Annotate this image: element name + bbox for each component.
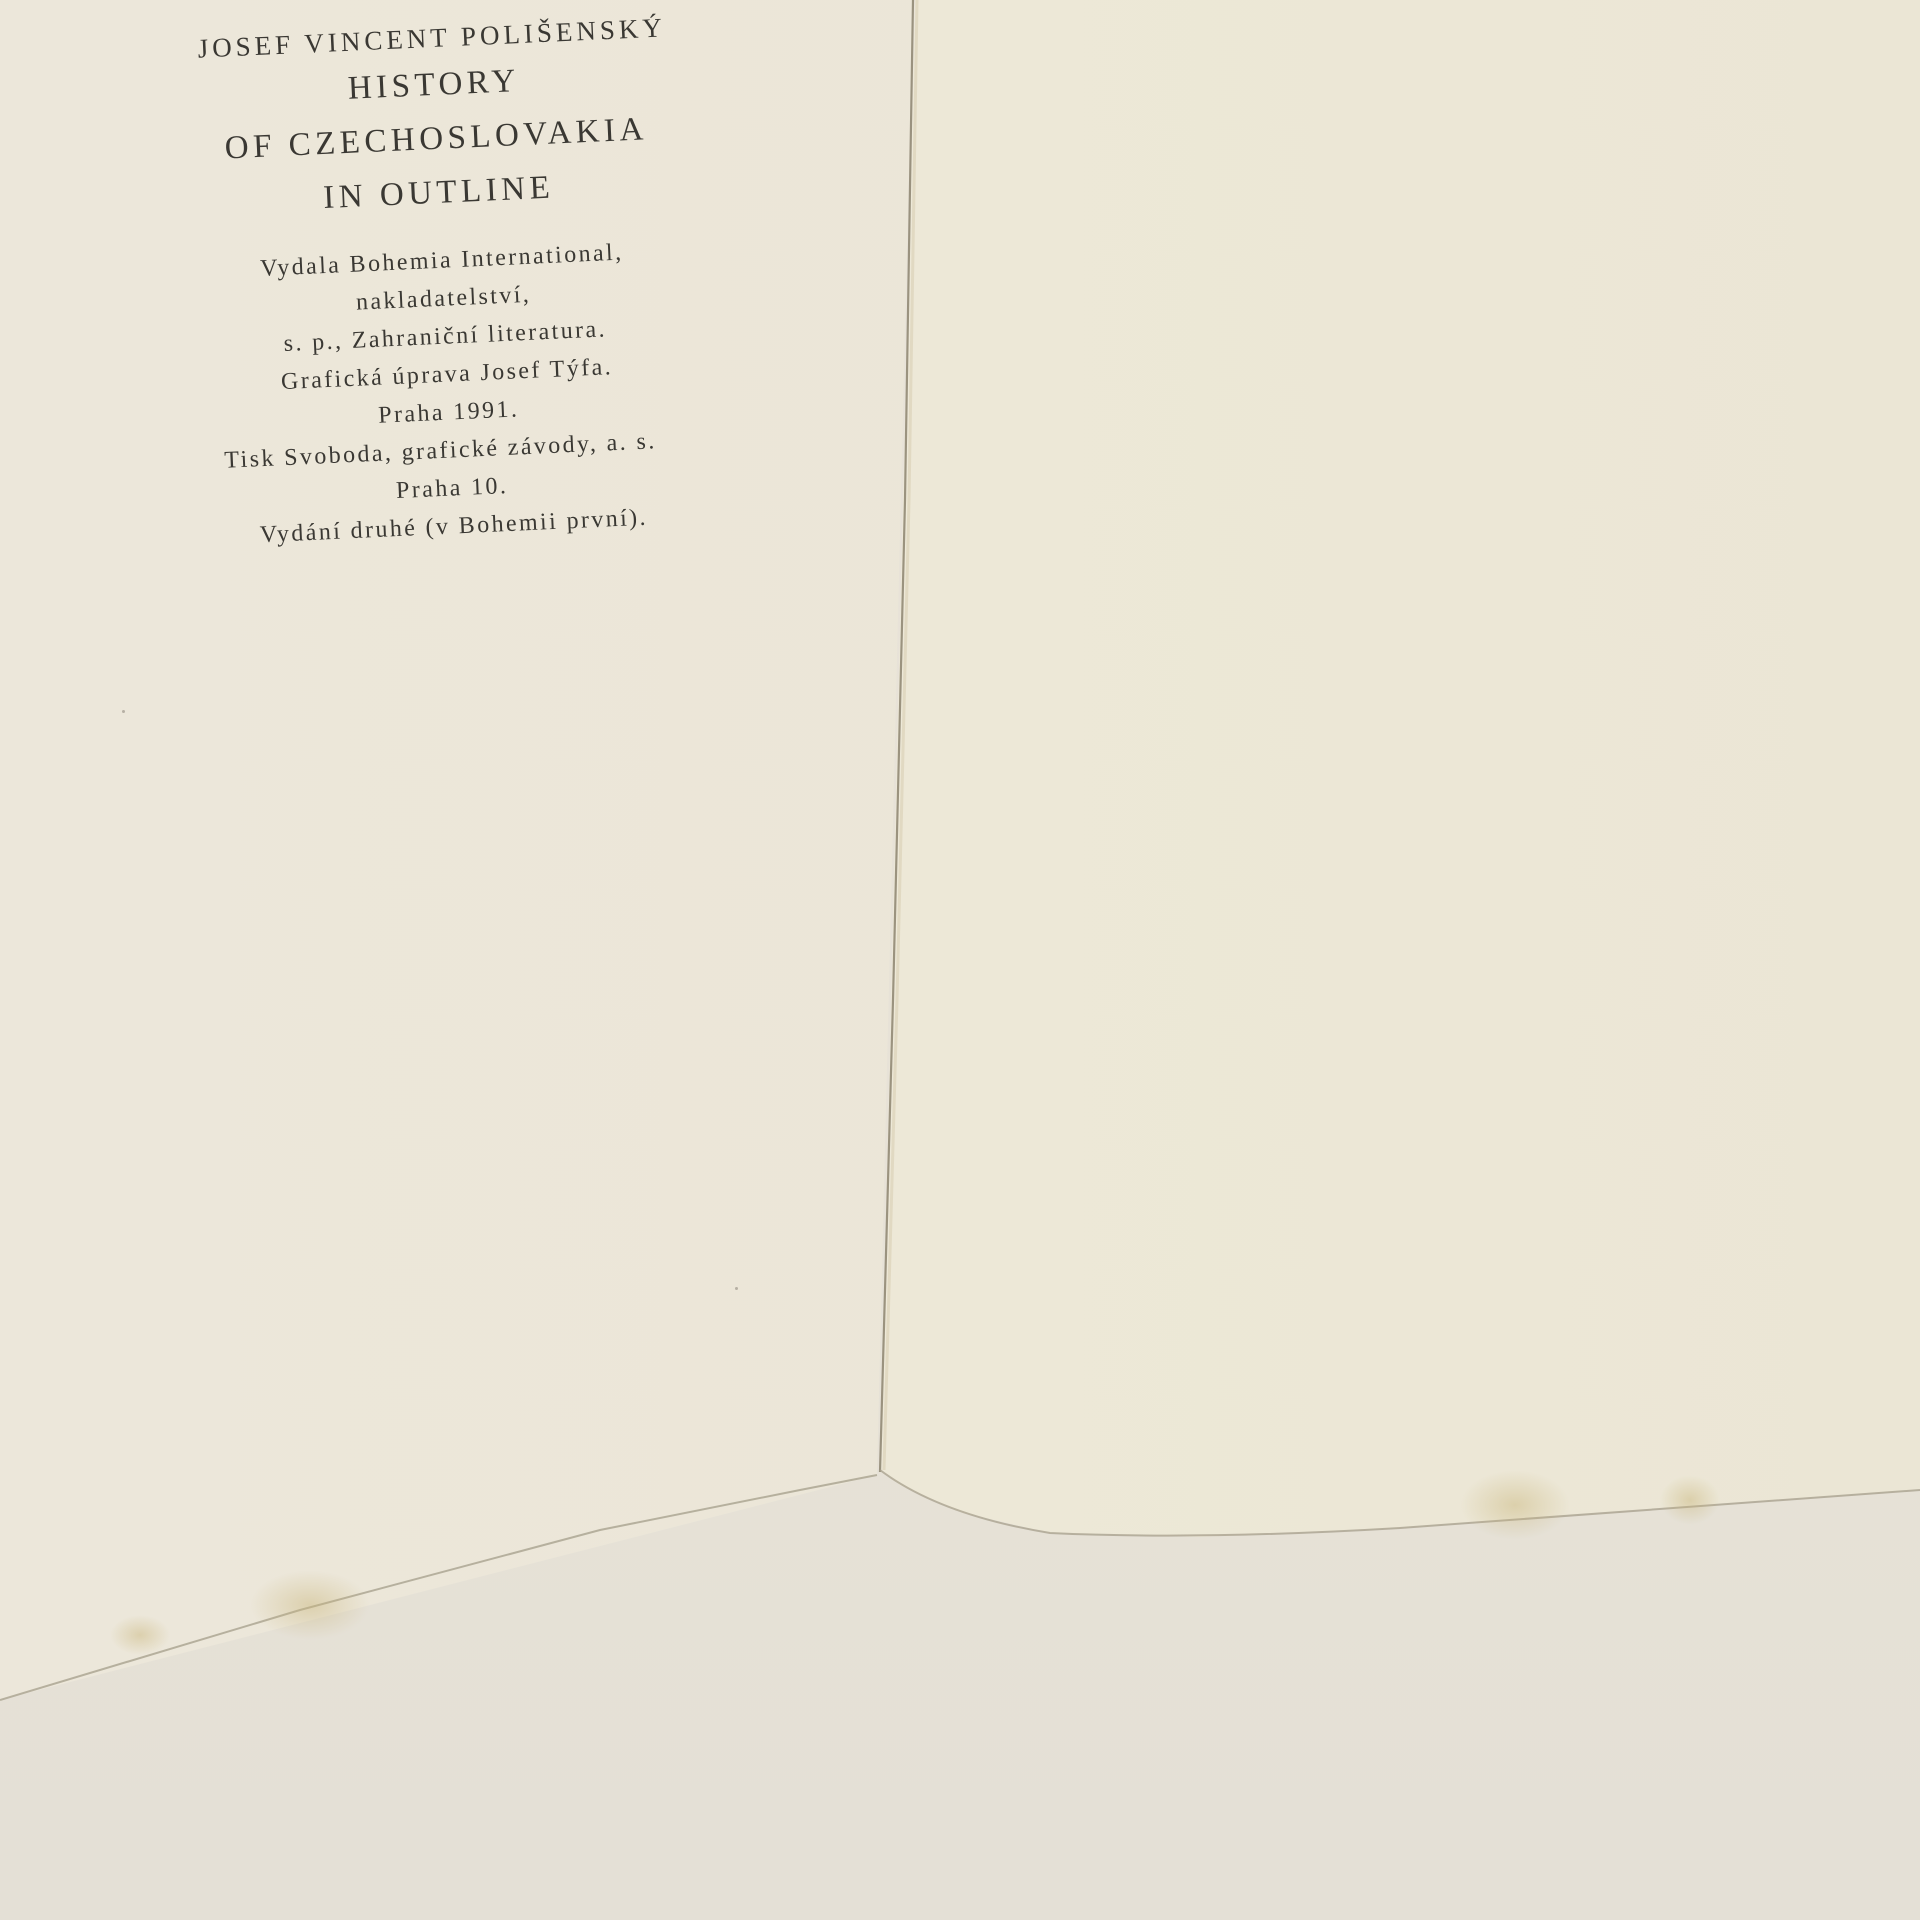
publisher-imprint: Vydala Bohemia International, nakladatel… [171,230,724,558]
paper-speck [735,1287,738,1290]
paper-speck [122,710,125,713]
colophon-text-block: JOSEF VINCENT POLIŠENSKÝ HISTORY OF CZEC… [160,0,724,558]
photo-scene: JOSEF VINCENT POLIŠENSKÝ HISTORY OF CZEC… [0,0,1920,1920]
